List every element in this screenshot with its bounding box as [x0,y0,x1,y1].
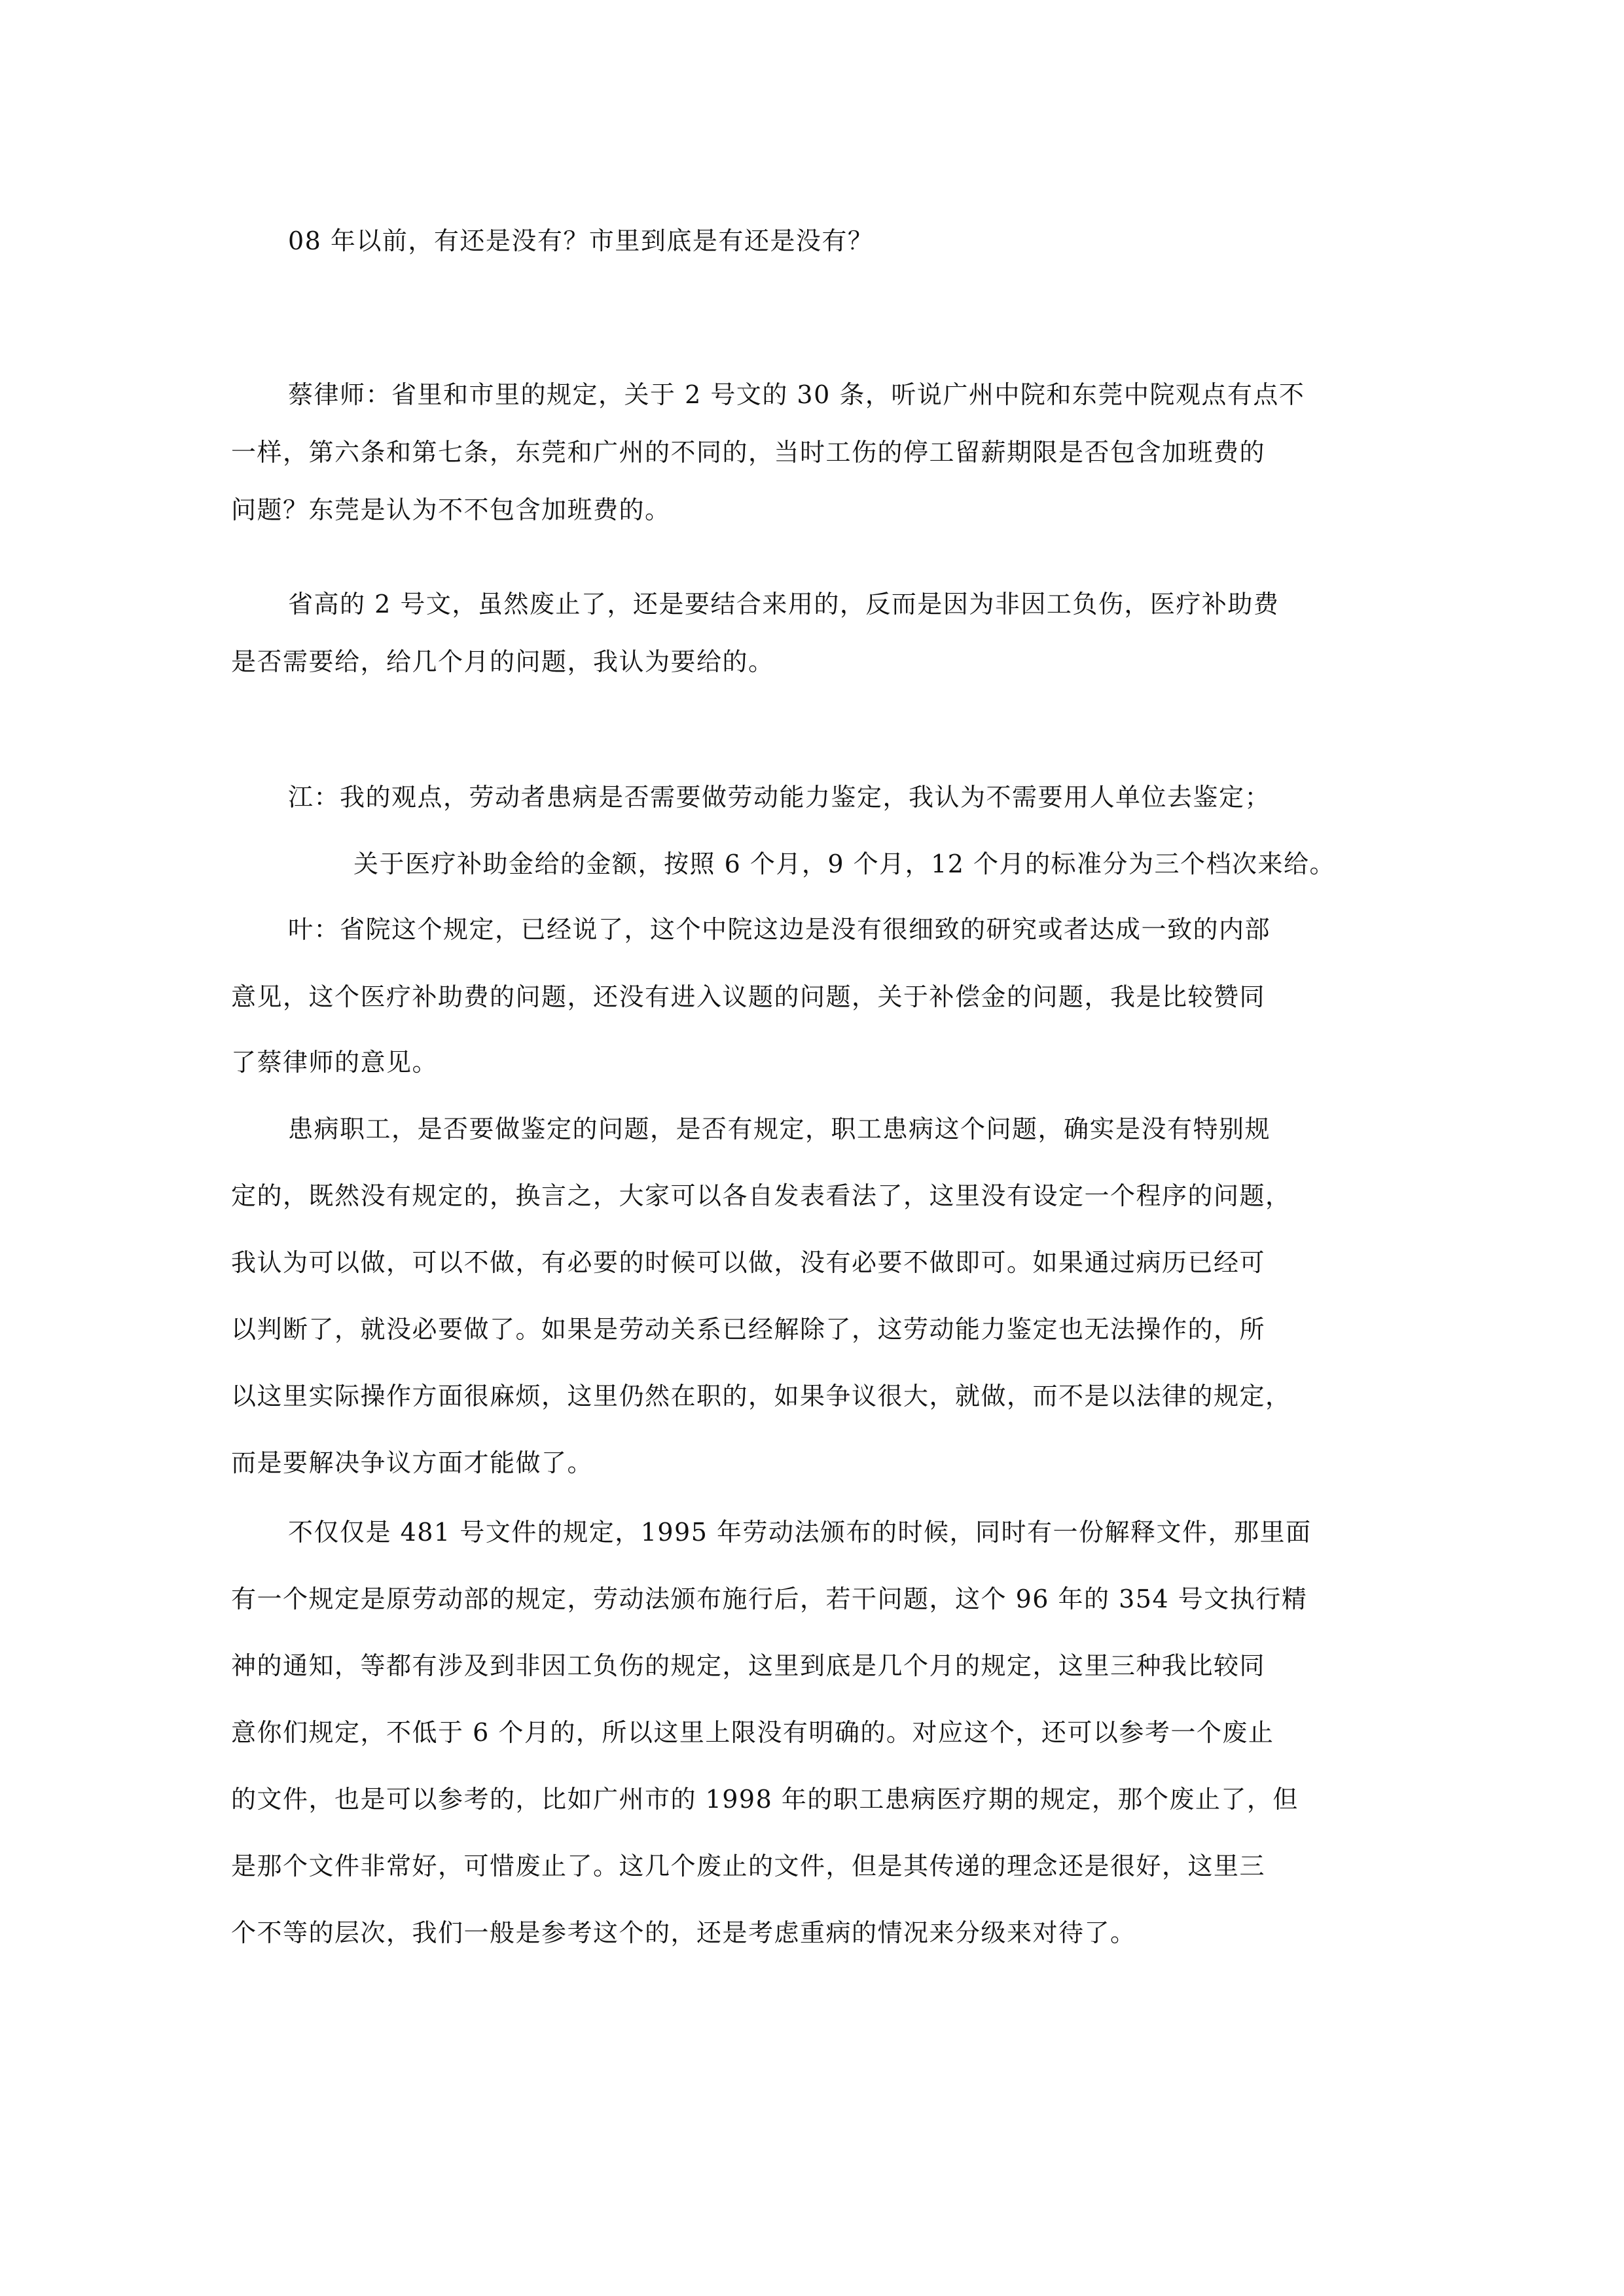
paragraph-line: 以判断了，就没必要做了。如果是劳动关系已经解除了，这劳动能力鉴定也无法操作的，所 [231,1314,1390,1344]
paragraph-line: 的文件，也是可以参考的，比如广州市的 1998 年的职工患病医疗期的规定，那个废… [231,1784,1390,1814]
paragraph-line: 一样，第六条和第七条，东莞和广州的不同的，当时工伤的停工留薪期限是否包含加班费的 [231,437,1390,467]
paragraph-line: 是否需要给，给几个月的问题，我认为要给的。 [231,647,1390,677]
speaker-paragraph-line: 蔡律师：省里和市里的规定，关于 2 号文的 30 条，听说广州中院和东莞中院观点… [288,380,1447,410]
speaker-paragraph-line: 叶：省院这个规定，已经说了，这个中院这边是没有很细致的研究或者达成一致的内部 [288,914,1447,944]
paragraph-line: 意你们规定，不低于 6 个月的，所以这里上限没有明确的。对应这个，还可以参考一个… [231,1717,1390,1748]
paragraph-line: 不仅仅是 481 号文件的规定，1995 年劳动法颁布的时候，同时有一份解释文件… [288,1517,1447,1547]
paragraph-line: 08 年以前，有还是没有？市里到底是有还是没有？ [288,226,1447,256]
speaker-paragraph-line: 江：我的观点，劳动者患病是否需要做劳动能力鉴定，我认为不需要用人单位去鉴定； [288,782,1447,812]
paragraph-line: 关于医疗补助金给的金额，按照 6 个月，9 个月，12 个月的标准分为三个档次来… [353,849,1512,879]
paragraph-line: 以这里实际操作方面很麻烦，这里仍然在职的，如果争议很大，就做，而不是以法律的规定… [231,1381,1390,1411]
paragraph-line: 而是要解决争议方面才能做了。 [231,1448,1390,1478]
document-page: 08 年以前，有还是没有？市里到底是有还是没有？ 蔡律师：省里和市里的规定，关于… [0,0,1624,2296]
paragraph-line: 定的，既然没有规定的，换言之，大家可以各自发表看法了，这里没有设定一个程序的问题… [231,1181,1390,1211]
paragraph-line: 意见，这个医疗补助费的问题，还没有进入议题的问题，关于补偿金的问题，我是比较赞同 [231,982,1390,1012]
paragraph-line: 患病职工，是否要做鉴定的问题，是否有规定，职工患病这个问题，确实是没有特别规 [288,1114,1447,1144]
paragraph-line: 问题？东莞是认为不不包含加班费的。 [231,495,1390,525]
paragraph-line: 有一个规定是原劳动部的规定，劳动法颁布施行后，若干问题，这个 96 年的 354… [231,1584,1390,1614]
paragraph-line: 了蔡律师的意见。 [231,1047,1390,1077]
paragraph-line: 神的通知，等都有涉及到非因工负伤的规定，这里到底是几个月的规定，这里三种我比较同 [231,1651,1390,1681]
paragraph-line: 是那个文件非常好，可惜废止了。这几个废止的文件，但是其传递的理念还是很好，这里三 [231,1851,1390,1881]
paragraph-line: 省高的 2 号文，虽然废止了，还是要结合来用的，反而是因为非因工负伤，医疗补助费 [288,589,1447,619]
paragraph-line: 个不等的层次，我们一般是参考这个的，还是考虑重病的情况来分级来对待了。 [231,1918,1390,1948]
paragraph-line: 我认为可以做，可以不做，有必要的时候可以做，没有必要不做即可。如果通过病历已经可 [231,1247,1390,1278]
